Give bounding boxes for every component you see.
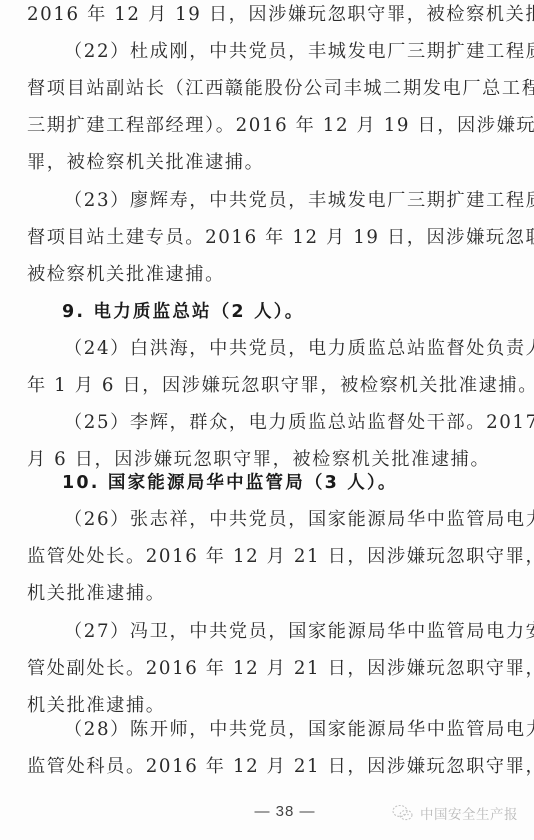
text-line: 管处副处长。2016 年 12 月 21 日，因涉嫌玩忽职守罪，被检察 bbox=[27, 657, 503, 681]
item-23-line: （23）廖辉寿，中共党员，丰城发电厂三期扩建工程质量监 bbox=[64, 189, 503, 213]
item-27-line: （27）冯卫，中共党员，国家能源局华中监管局电力安全监 bbox=[64, 620, 503, 644]
text-line: 2016 年 12 月 19 日，因涉嫌玩忽职守罪，被检察机关批准逮捕。 bbox=[27, 3, 503, 27]
page-number: — 38 — bbox=[240, 800, 330, 824]
item-26-line: （26）张志祥，中共党员，国家能源局华中监管局电力安全 bbox=[64, 508, 503, 532]
text-line: 机关批准逮捕。 bbox=[27, 582, 503, 606]
text-line: 罪，被检察机关批准逮捕。 bbox=[27, 151, 503, 175]
item-28-line: （28）陈开师，中共党员，国家能源局华中监管局电力安全 bbox=[64, 718, 503, 742]
document-page: 2016 年 12 月 19 日，因涉嫌玩忽职守罪，被检察机关批准逮捕。 （22… bbox=[0, 0, 534, 840]
text-line: 督项目站土建专员。2016 年 12 月 19 日，因涉嫌玩忽职守罪， bbox=[27, 226, 503, 250]
watermark-text: 中国安全生产报 bbox=[420, 803, 518, 823]
text-line: 监管处科员。2016 年 12 月 21 日，因涉嫌玩忽职守罪，被检察 bbox=[27, 755, 503, 779]
text-line: 督项目站副站长（江西赣能股份公司丰城二期发电厂总工程师兼 bbox=[27, 77, 503, 101]
text-line: 被检察机关批准逮捕。 bbox=[27, 263, 503, 287]
item-24-line: （24）白洪海，中共党员，电力质监总站监督处负责人，2017 bbox=[64, 337, 503, 361]
text-line: 监管处处长。2016 年 12 月 21 日，因涉嫌玩忽职守罪，被检察 bbox=[27, 545, 503, 569]
item-25-line: （25）李辉，群众，电力质监总站监督处干部。2017 年 1 bbox=[64, 411, 503, 435]
text-line: 年 1 月 6 日，因涉嫌玩忽职守罪，被检察机关批准逮捕。 bbox=[27, 374, 503, 398]
text-line: 三期扩建工程部经理）。2016 年 12 月 19 日，因涉嫌玩忽职守 bbox=[27, 114, 503, 138]
wechat-icon bbox=[392, 804, 414, 822]
text-line: 机关批准逮捕。 bbox=[27, 694, 503, 718]
watermark: 中国安全生产报 bbox=[392, 801, 518, 825]
text-line: 月 6 日，因涉嫌玩忽职守罪，被检察机关批准逮捕。 bbox=[27, 448, 503, 472]
item-22-line: （22）杜成刚，中共党员，丰城发电厂三期扩建工程质量监 bbox=[64, 40, 503, 64]
section-heading-9: 9. 电力质监总站（2 人）。 bbox=[62, 300, 304, 324]
section-heading-10: 10. 国家能源局华中监管局（3 人）。 bbox=[62, 471, 398, 495]
